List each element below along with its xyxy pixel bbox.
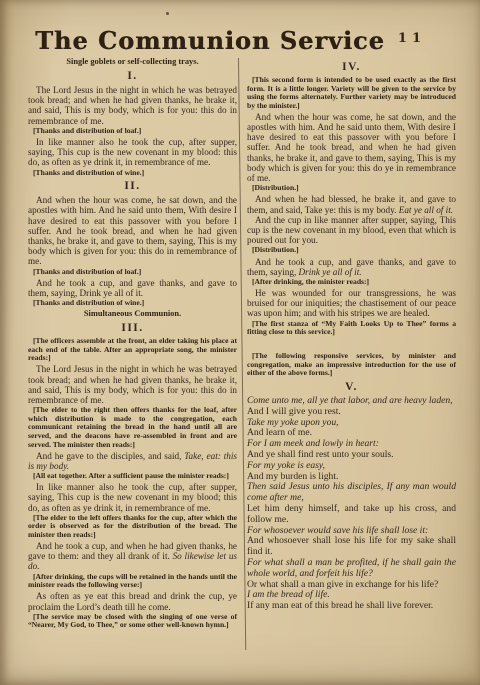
- text-run: For whosoever would save his life shall …: [247, 525, 428, 536]
- section-heading: II.: [28, 180, 237, 193]
- text-run: I am the bread of life.: [247, 589, 330, 600]
- text-run: And when the hour was come, he sat down,…: [28, 195, 237, 266]
- text-run: And ye shall find rest unto your souls.: [247, 449, 394, 460]
- rubric-note: [Distribution.]: [247, 184, 456, 193]
- book-page: The Communion Service 11 Single goblets …: [0, 0, 480, 685]
- left-column: Single goblets or self-collecting trays.…: [28, 56, 237, 631]
- responsive-verse: For what shall a man be profited, if he …: [247, 558, 456, 580]
- rubric-note: [The elder to the left offers thanks for…: [28, 514, 237, 540]
- text-run: IV.: [342, 61, 361, 73]
- page-title: The Communion Service: [0, 26, 420, 55]
- rubric-note: [Thanks and distribution of loaf.]: [28, 268, 237, 277]
- paragraph: In like manner also he took the cup, aft…: [28, 482, 237, 513]
- paragraph: And the cup in like manner after supper,…: [247, 215, 456, 246]
- text-run: For I am meek and lowly in heart:: [247, 438, 379, 449]
- text-run: Single goblets or self-collecting trays.: [66, 57, 198, 66]
- paragraph: The Lord Jesus in the night in which he …: [28, 85, 237, 126]
- text-run: The Lord Jesus in the night in which he …: [28, 85, 237, 126]
- rubric-note: [After drinking, the cups will be retain…: [28, 573, 237, 590]
- italic-text-run: Eat ye all of it.: [399, 205, 453, 215]
- rubric-note: [Distribution.]: [247, 246, 456, 255]
- right-column: IV.[This second form is intended to be u…: [247, 58, 456, 612]
- text-run: He was wounded for our transgressions, h…: [247, 288, 456, 318]
- text-run: And the cup in like manner after supper,…: [247, 215, 456, 245]
- text-run: In like manner also he took the cup, aft…: [28, 137, 237, 167]
- text-run: As often as ye eat this bread and drink …: [28, 591, 237, 611]
- text-run: [All eat together. After a sufficient pa…: [33, 471, 229, 480]
- page-number: 11: [398, 31, 426, 46]
- rubric-note: [The officers assemble at the front, an …: [28, 337, 237, 363]
- responsive-verse: If any man eat of this bread he shall li…: [247, 601, 456, 612]
- rubric-note: [Thanks and distribution of wine.]: [28, 169, 237, 178]
- section-heading: III.: [28, 322, 237, 335]
- rubric-note: [Thanks and distribution of wine.]: [28, 299, 237, 308]
- paragraph: And he took a cup, and gave thanks, and …: [247, 257, 456, 277]
- text-run: And my burden is light.: [247, 471, 338, 482]
- text-run: II.: [124, 180, 140, 192]
- sub-heading: Single goblets or self-collecting trays.: [28, 57, 237, 67]
- paragraph: As often as ye eat this bread and drink …: [28, 591, 237, 611]
- paragraph: The Lord Jesus in the night in which he …: [28, 364, 237, 405]
- responsive-verse: Let him deny himself, and take up his cr…: [247, 504, 456, 526]
- text-run: [The following responsive services, by m…: [247, 351, 456, 377]
- responsive-verse: And whosoever shall lose his life for my…: [247, 536, 456, 558]
- rubric-note: [The first stanza of “My Faith Looks Up …: [247, 320, 456, 337]
- text-run: III.: [121, 322, 143, 334]
- text-run: [The elder to the left offers thanks for…: [28, 513, 237, 539]
- text-run: I.: [127, 70, 137, 82]
- text-run: [The first stanza of “My Faith Looks Up …: [247, 319, 456, 337]
- paragraph: In like manner also he took the cup, aft…: [28, 137, 237, 168]
- italic-text-run: Drink ye all of it.: [299, 267, 362, 277]
- text-run: And learn of me.: [247, 427, 312, 438]
- text-run: Take my yoke upon you,: [247, 417, 339, 428]
- text-run: [Thanks and distribution of loaf.]: [33, 126, 141, 135]
- text-run: [Distribution.]: [252, 183, 299, 192]
- paragraph: And when the hour was come, he sat down,…: [28, 195, 237, 266]
- text-run: [After drinking, the cups will be retain…: [28, 572, 237, 590]
- text-run: In like manner also he took the cup, aft…: [28, 482, 237, 512]
- section-heading: I.: [28, 70, 237, 83]
- text-run: [The service may be closed with the sing…: [28, 612, 237, 630]
- text-run: And he took a cup, and gave thanks, and …: [28, 278, 237, 298]
- paragraph: And he gave to the disciples, and said, …: [28, 451, 237, 471]
- paragraph: And when the hour was come, he sat down,…: [247, 112, 456, 183]
- text-run: If any man eat of this bread he shall li…: [247, 600, 433, 611]
- section-heading: IV.: [247, 61, 456, 74]
- text-run: [Thanks and distribution of wine.]: [33, 298, 144, 307]
- text-run: And I will give you rest.: [247, 406, 341, 417]
- text-run: Then said Jesus unto his disciples, If a…: [247, 481, 456, 503]
- text-run: Or what shall a man give in exchange for…: [247, 579, 438, 590]
- text-run: For what shall a man be profited, if he …: [247, 557, 456, 579]
- section-heading: V.: [247, 381, 456, 394]
- rubric-note: [The service may be closed with the sing…: [28, 613, 237, 630]
- text-run: Let him deny himself, and take up his cr…: [247, 503, 456, 525]
- column-divider-rule: [238, 58, 246, 650]
- rubric-note: [After drinking, the minister reads:]: [247, 278, 456, 287]
- text-run: For my yoke is easy,: [247, 460, 325, 471]
- rubric-note: [All eat together. After a sufficient pa…: [28, 472, 237, 481]
- text-run: [This second form is intended to be used…: [247, 75, 456, 110]
- text-run: And when the hour was come, he sat down,…: [247, 112, 456, 183]
- text-run: [Distribution.]: [252, 245, 299, 254]
- rubric-note: [The following responsive services, by m…: [247, 352, 456, 378]
- text-run: Simultaneous Communion.: [84, 309, 181, 318]
- text-run: And he gave to the disciples, and said,: [36, 451, 184, 461]
- text-run: [The elder to the right then offers than…: [28, 405, 237, 448]
- ink-speck: [166, 12, 169, 15]
- paragraph: And he took a cup, and when he had given…: [28, 541, 237, 572]
- text-run: And whosoever shall lose his life for my…: [247, 535, 456, 557]
- text-run: [Thanks and distribution of loaf.]: [33, 267, 141, 276]
- paragraph: And he took a cup, and gave thanks, and …: [28, 278, 237, 298]
- rubric-note: [Thanks and distribution of loaf.]: [28, 127, 237, 136]
- responsive-verse: Then said Jesus unto his disciples, If a…: [247, 482, 456, 504]
- text-run: Come unto me, all ye that labor, and are…: [247, 395, 453, 406]
- sub-heading: Simultaneous Communion.: [28, 309, 237, 319]
- spacer: [247, 338, 456, 351]
- text-run: [Thanks and distribution of wine.]: [33, 168, 144, 177]
- rubric-note: [The elder to the right then offers than…: [28, 406, 237, 449]
- paragraph: And when he had blessed, he brake it, an…: [247, 194, 456, 214]
- rubric-note: [This second form is intended to be used…: [247, 76, 456, 110]
- text-run: [After drinking, the minister reads:]: [252, 277, 369, 286]
- text-run: V.: [345, 381, 358, 393]
- paragraph: He was wounded for our transgressions, h…: [247, 288, 456, 319]
- text-run: [The officers assemble at the front, an …: [28, 336, 237, 362]
- text-run: The Lord Jesus in the night in which he …: [28, 364, 237, 405]
